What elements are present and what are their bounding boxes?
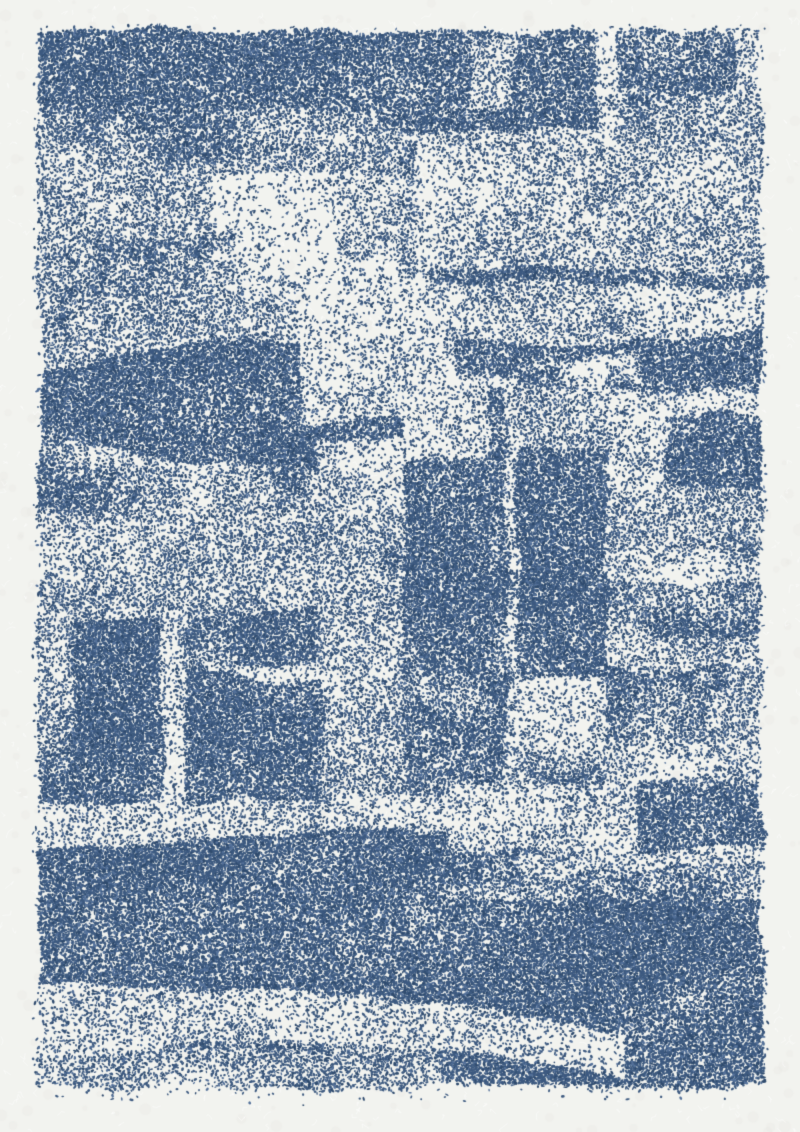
stipple-artwork-canvas — [0, 0, 800, 1132]
stippled-print — [0, 0, 800, 1132]
